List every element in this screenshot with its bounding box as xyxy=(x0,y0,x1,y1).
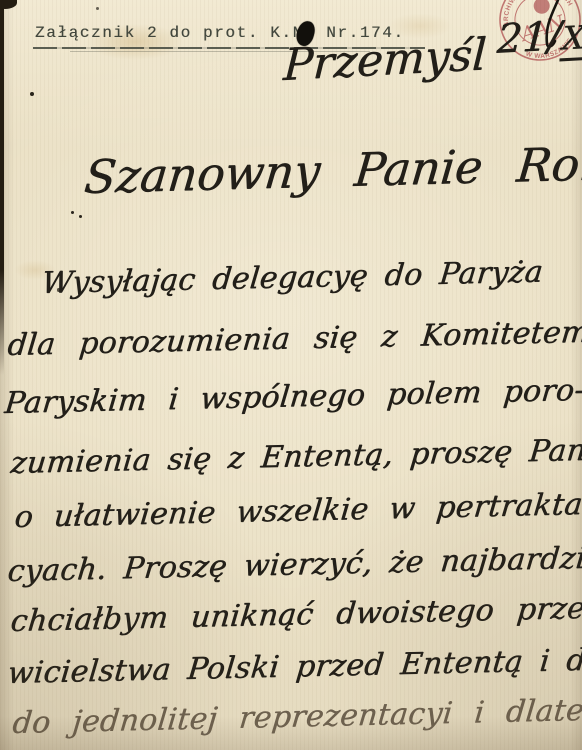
letter-scan: Załącznik 2 do prot. K.N. Nr.174. ARCHIW… xyxy=(0,0,582,750)
body-line: zumienia się z Ententą, proszę Pana xyxy=(9,432,582,481)
body-line: Wysyłając delegacyę do Paryża xyxy=(40,255,545,301)
body-line: wicielstwa Polski przed Ententą i dążę xyxy=(6,642,582,691)
body-line: do jednolitej reprezentacyi i dlatego xyxy=(11,692,582,741)
body-line: Paryskim i wspólnego polem poro- xyxy=(3,373,582,421)
body-line: dla porozumienia się z Komitetem xyxy=(6,315,582,363)
body-line: cyach. Proszę wierzyć, że najbardziej xyxy=(6,540,582,589)
body-line: chciałbym uniknąć dwoistego przedsta xyxy=(9,589,582,639)
letter-body: Wysyłając delegacyę do Paryża dla porozu… xyxy=(0,0,582,750)
body-line: o ułatwienie wszelkie w pertrakta- xyxy=(13,487,582,535)
